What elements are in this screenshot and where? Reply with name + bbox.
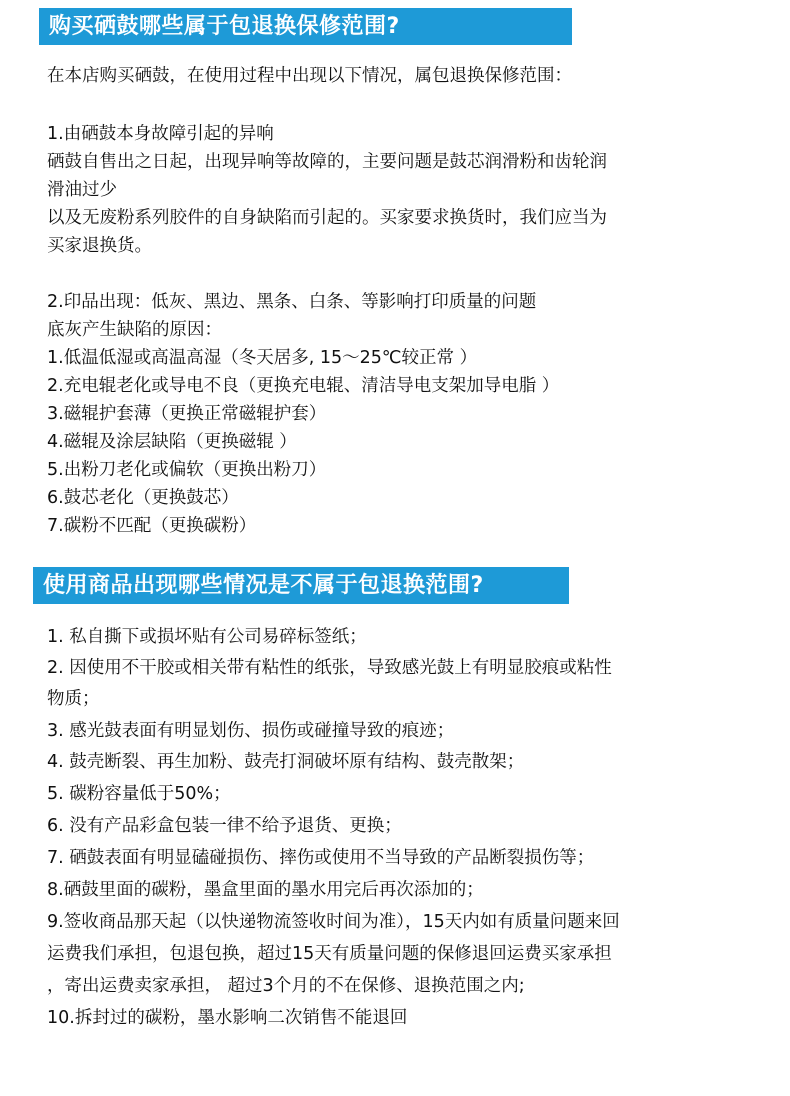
section-header-exclusions: 使用商品出现哪些情况是不属于包退换范围? — [33, 567, 569, 604]
list-item: 以及无废粉系列胶件的自身缺陷而引起的。买家要求换货时，我们应当为 — [47, 204, 607, 229]
intro-text: 在本店购买硒鼓，在使用过程中出现以下情况，属包退换保修范围： — [47, 62, 572, 87]
list-item: 6. 没有产品彩盒包装一律不给予退货、更换； — [47, 812, 402, 837]
list-item: 7. 硒鼓表面有明显磕碰损伤、摔伤或使用不当导致的产品断裂损伤等； — [47, 844, 594, 869]
list-item: 10.拆封过的碳粉，墨水影响二次销售不能退回 — [47, 1004, 407, 1029]
list-item: 3. 感光鼓表面有明显划伤、损伤或碰撞导致的痕迹； — [47, 717, 454, 742]
list-item: 物质； — [47, 685, 100, 710]
list-item: 底灰产生缺陷的原因： — [47, 316, 222, 341]
list-item: 6.鼓芯老化（更换鼓芯） — [47, 484, 239, 509]
list-item: 买家退换货。 — [47, 232, 152, 257]
section-header-warranty-scope: 购买硒鼓哪些属于包退换保修范围? — [39, 8, 572, 45]
list-item: 滑油过少 — [47, 176, 117, 201]
list-item: 1.由硒鼓本身故障引起的异响 — [47, 120, 274, 145]
list-item: 2.充电辊老化或导电不良（更换充电辊、清洁导电支架加导电脂 ） — [47, 372, 559, 397]
list-item: ，寄出运费卖家承担， 超过3个月的不在保修、退换范围之内; — [47, 972, 525, 997]
list-item: 2. 因使用不干胶或相关带有粘性的纸张，导致感光鼓上有明显胶痕或粘性 — [47, 654, 612, 679]
list-item: 5.出粉刀老化或偏软（更换出粉刀） — [47, 456, 326, 481]
list-item: 4.磁辊及涂层缺陷（更换磁辊 ） — [47, 428, 297, 453]
list-item: 8.硒鼓里面的碳粉，墨盒里面的墨水用完后再次添加的； — [47, 876, 484, 901]
list-item: 1.低温低湿或高温高湿（冬天居多, 15～25℃较正常 ） — [47, 344, 477, 369]
list-item: 3.磁辊护套薄（更换正常磁辊护套） — [47, 400, 326, 425]
list-item: 5. 碳粉容量低于50%； — [47, 780, 231, 805]
list-item: 运费我们承担，包退包换，超过15天有质量问题的保修退回运费买家承担 — [47, 940, 612, 965]
list-item: 1. 私自撕下或损坏贴有公司易碎标签纸； — [47, 623, 367, 648]
list-item: 9.签收商品那天起（以快递物流签收时间为准），15天内如有质量问题来回 — [47, 908, 620, 933]
list-item: 硒鼓自售出之日起，出现异响等故障的，主要问题是鼓芯润滑粉和齿轮润 — [47, 148, 607, 173]
list-item: 4. 鼓壳断裂、再生加粉、鼓壳打洞破坏原有结构、鼓壳散架； — [47, 748, 524, 773]
list-item: 2.印品出现：低灰、黑边、黑条、白条、等影响打印质量的问题 — [47, 288, 536, 313]
list-item: 7.碳粉不匹配（更换碳粉） — [47, 512, 256, 537]
